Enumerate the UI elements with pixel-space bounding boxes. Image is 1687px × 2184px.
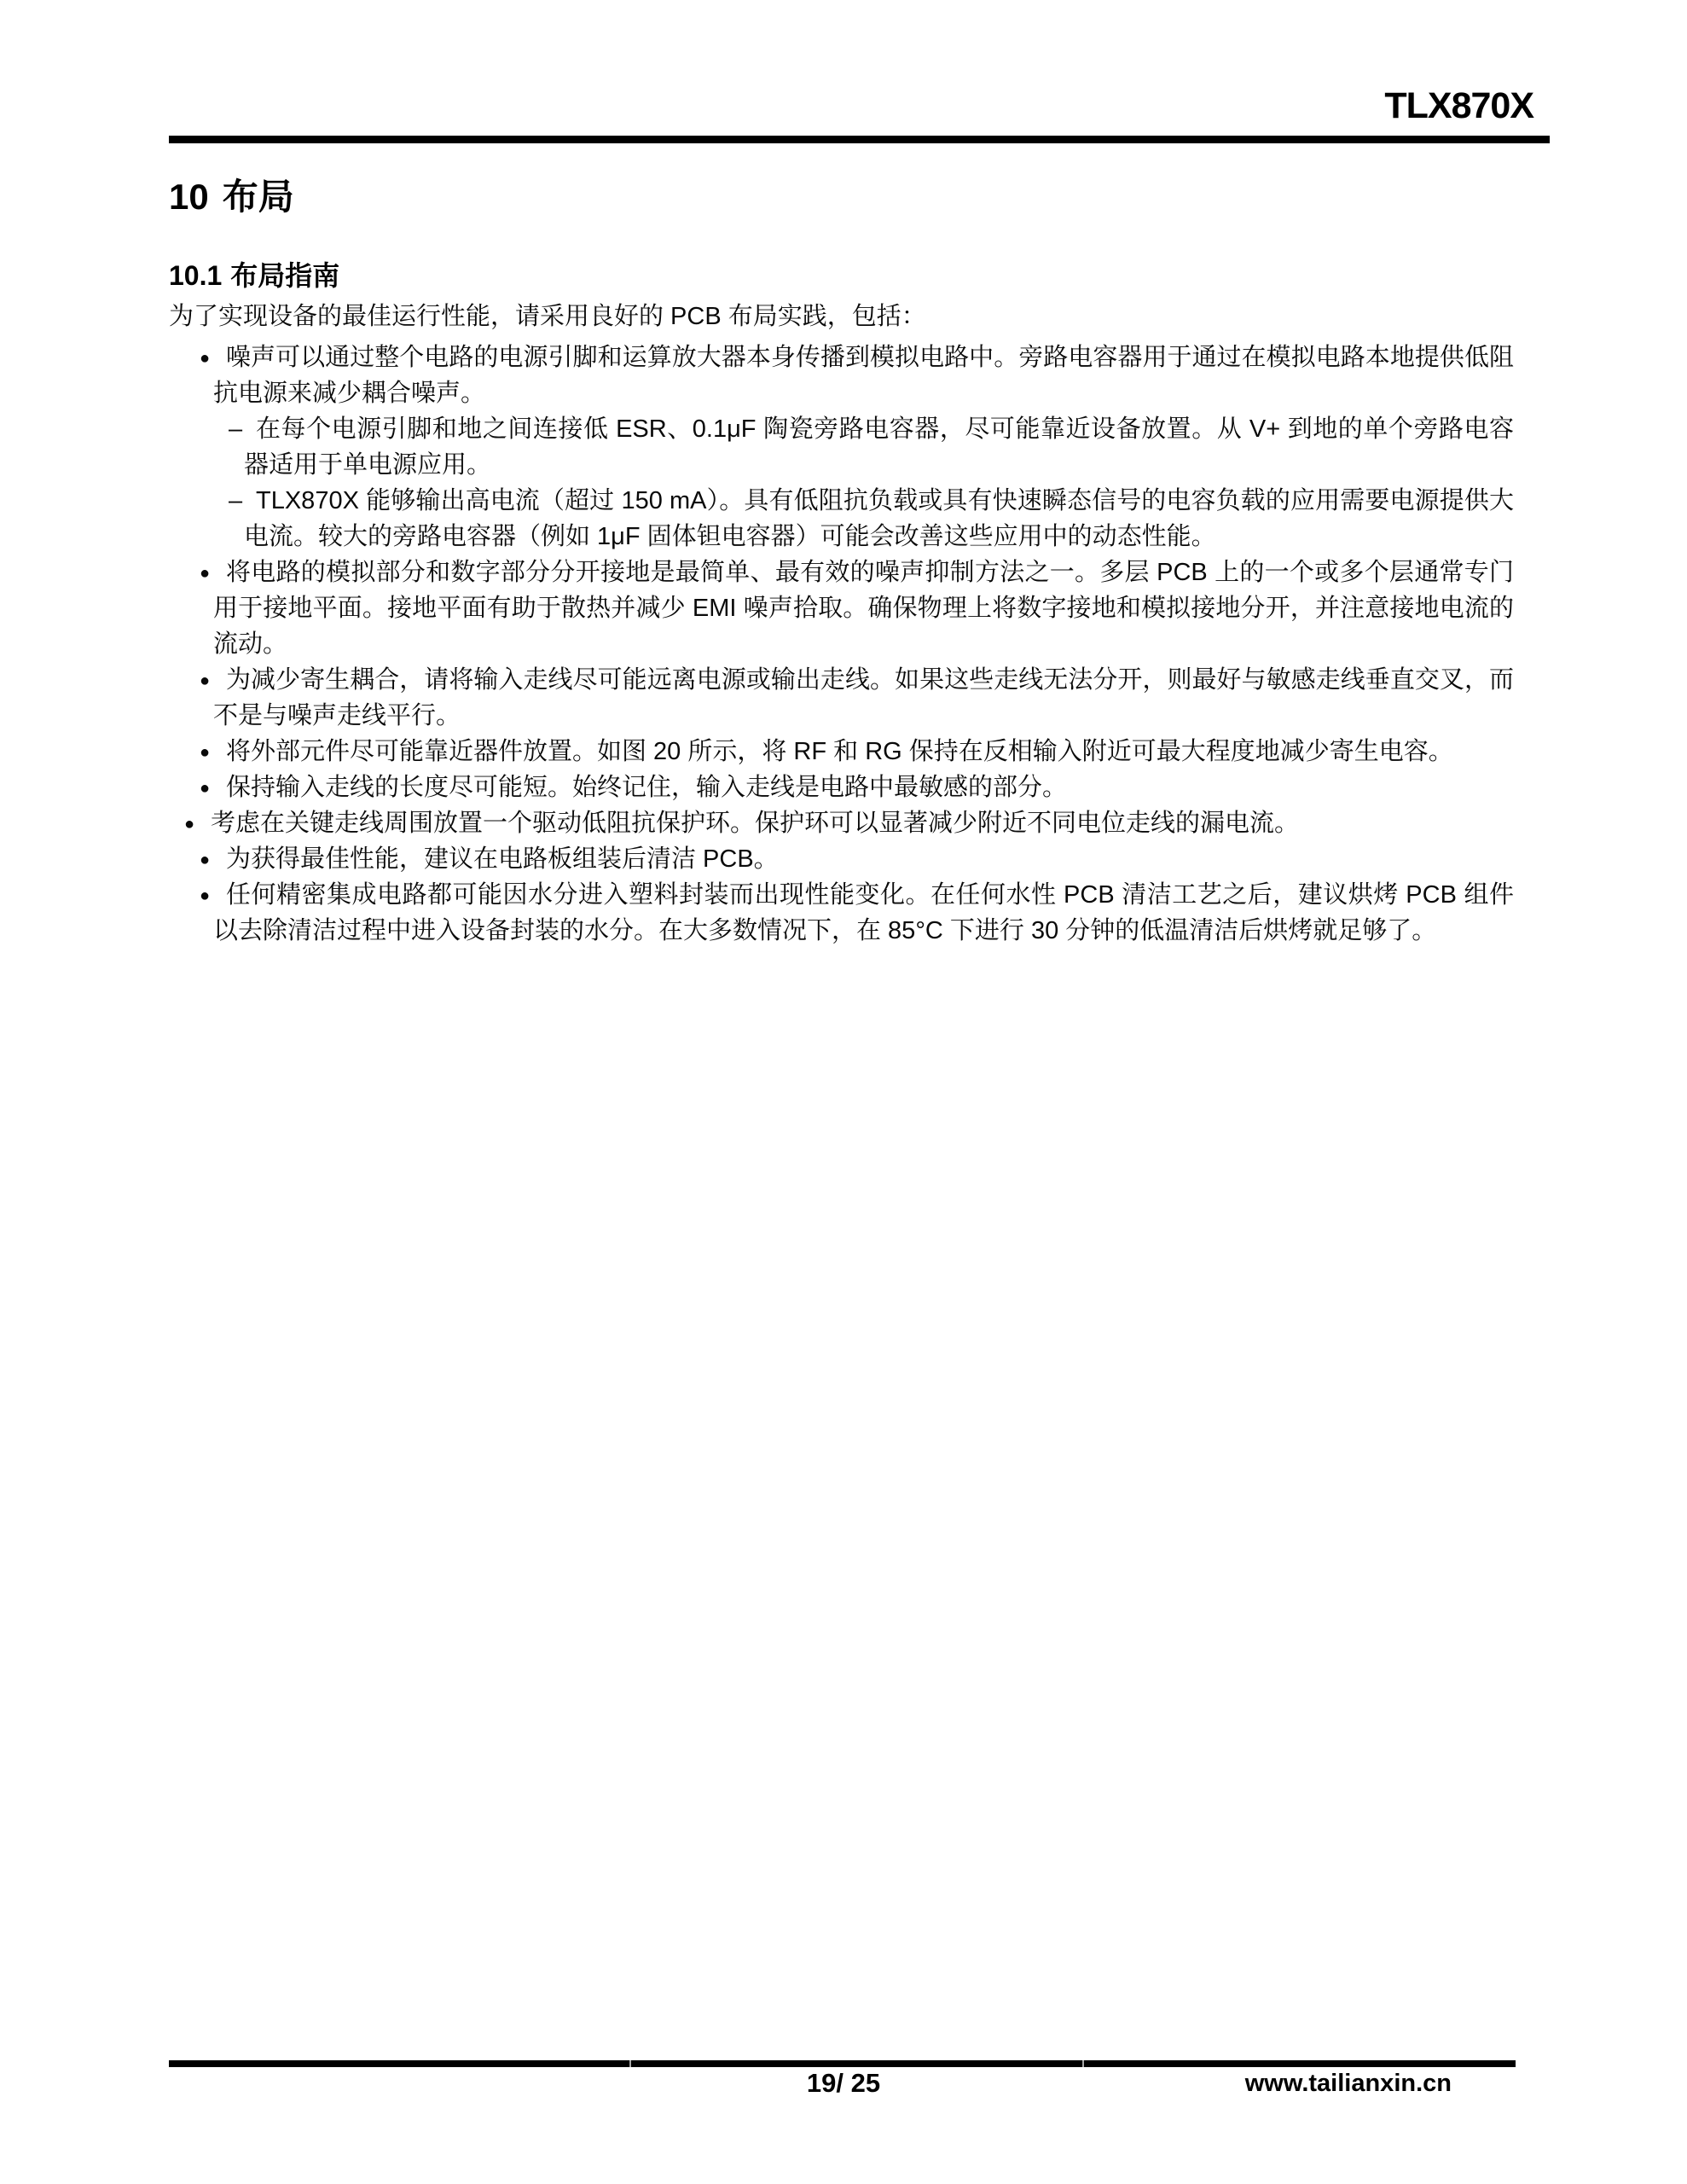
subsection-number: 10.1 — [169, 260, 222, 291]
body-text: 为了实现设备的最佳运行性能，请采用良好的 PCB 布局实践，包括： ● 噪声可以… — [169, 299, 1514, 949]
guideline-item-grounding: ● 将电路的模拟部分和数字部分分开接地是最简单、最有效的噪声抑制方法之一。多层 … — [213, 555, 1514, 662]
footer-rule-seam — [629, 2060, 631, 2067]
footer-rule-seam — [1082, 2060, 1084, 2067]
bullet-icon: ● — [200, 878, 210, 914]
guideline-item-cleaning: ● 为获得最佳性能，建议在电路板组装后清洁 PCB。 — [213, 841, 1514, 877]
guideline-item-guard-ring: ● 考虑在关键走线周围放置一个驱动低阻抗保护环。保护环可以显著减少附近不同电位走… — [198, 805, 1514, 841]
guideline-text: 将电路的模拟部分和数字部分分开接地是最简单、最有效的噪声抑制方法之一。多层 PC… — [213, 559, 1514, 658]
guideline-item-moisture: ● 任何精密集成电路都可能因水分进入塑料封装而出现性能变化。在任何水性 PCB … — [213, 877, 1514, 949]
footer-rule — [169, 2060, 1516, 2067]
dash-icon: – — [229, 483, 242, 519]
guideline-subitem-current: – TLX870X 能够输出高电流（超过 150 mA）。具有低阻抗负载或具有快… — [244, 483, 1514, 555]
bullet-icon: ● — [200, 663, 210, 699]
bullet-icon: ● — [200, 555, 210, 591]
subsection-heading: 10.1布局指南 — [169, 259, 339, 292]
datasheet-page: TLX870X 10布局 10.1布局指南 为了实现设备的最佳运行性能，请采用良… — [0, 0, 1687, 2184]
guideline-item-noise: ● 噪声可以通过整个电路的电源引脚和运算放大器本身传播到模拟电路中。旁路电容器用… — [213, 340, 1514, 411]
guideline-text: 噪声可以通过整个电路的电源引脚和运算放大器本身传播到模拟电路中。旁路电容器用于通… — [213, 344, 1514, 407]
website-url: www.tailianxin.cn — [1245, 2070, 1452, 2098]
guideline-text: 在每个电源引脚和地之间连接低 ESR、0.1μF 陶瓷旁路电容器，尽可能靠近设备… — [244, 415, 1514, 479]
guideline-text: 保持输入走线的长度尽可能短。始终记住，输入走线是电路中最敏感的部分。 — [226, 774, 1067, 801]
guideline-text: 考虑在关键走线周围放置一个驱动低阻抗保护环。保护环可以显著减少附近不同电位走线的… — [211, 810, 1299, 837]
bullet-icon: ● — [184, 806, 194, 842]
bullet-icon: ● — [200, 842, 210, 878]
guideline-text: 为减少寄生耦合，请将输入走线尽可能远离电源或输出走线。如果这些走线无法分开，则最… — [213, 666, 1514, 729]
guideline-list: ● 噪声可以通过整个电路的电源引脚和运算放大器本身传播到模拟电路中。旁路电容器用… — [169, 340, 1514, 949]
section-title: 布局 — [223, 177, 294, 217]
guideline-text: 将外部元件尽可能靠近器件放置。如图 20 所示，将 RF 和 RG 保持在反相输… — [226, 738, 1453, 765]
guideline-item-input-traces: ● 保持输入走线的长度尽可能短。始终记住，输入走线是电路中最敏感的部分。 — [213, 770, 1514, 805]
guideline-text: TLX870X 能够输出高电流（超过 150 mA）。具有低阻抗负载或具有快速瞬… — [244, 487, 1514, 550]
guideline-item-coupling: ● 为减少寄生耦合，请将输入走线尽可能远离电源或输出走线。如果这些走线无法分开，… — [213, 662, 1514, 734]
header-rule — [169, 136, 1550, 143]
section-heading: 10布局 — [169, 176, 294, 218]
bullet-icon: ● — [200, 340, 210, 376]
product-title: TLX870X — [1384, 85, 1533, 127]
guideline-subitem-bypass: – 在每个电源引脚和地之间连接低 ESR、0.1μF 陶瓷旁路电容器，尽可能靠近… — [244, 411, 1514, 483]
guideline-text: 任何精密集成电路都可能因水分进入塑料封装而出现性能变化。在任何水性 PCB 清洁… — [213, 881, 1514, 944]
bullet-icon: ● — [200, 770, 210, 806]
subsection-title: 布局指南 — [230, 260, 339, 291]
guideline-item-external-components: ● 将外部元件尽可能靠近器件放置。如图 20 所示，将 RF 和 RG 保持在反… — [213, 734, 1514, 770]
bullet-icon: ● — [200, 735, 210, 770]
guideline-text: 为获得最佳性能，建议在电路板组装后清洁 PCB。 — [226, 845, 779, 873]
section-number: 10 — [169, 177, 209, 217]
intro-paragraph: 为了实现设备的最佳运行性能，请采用良好的 PCB 布局实践，包括： — [169, 299, 1514, 334]
dash-icon: – — [229, 411, 242, 447]
